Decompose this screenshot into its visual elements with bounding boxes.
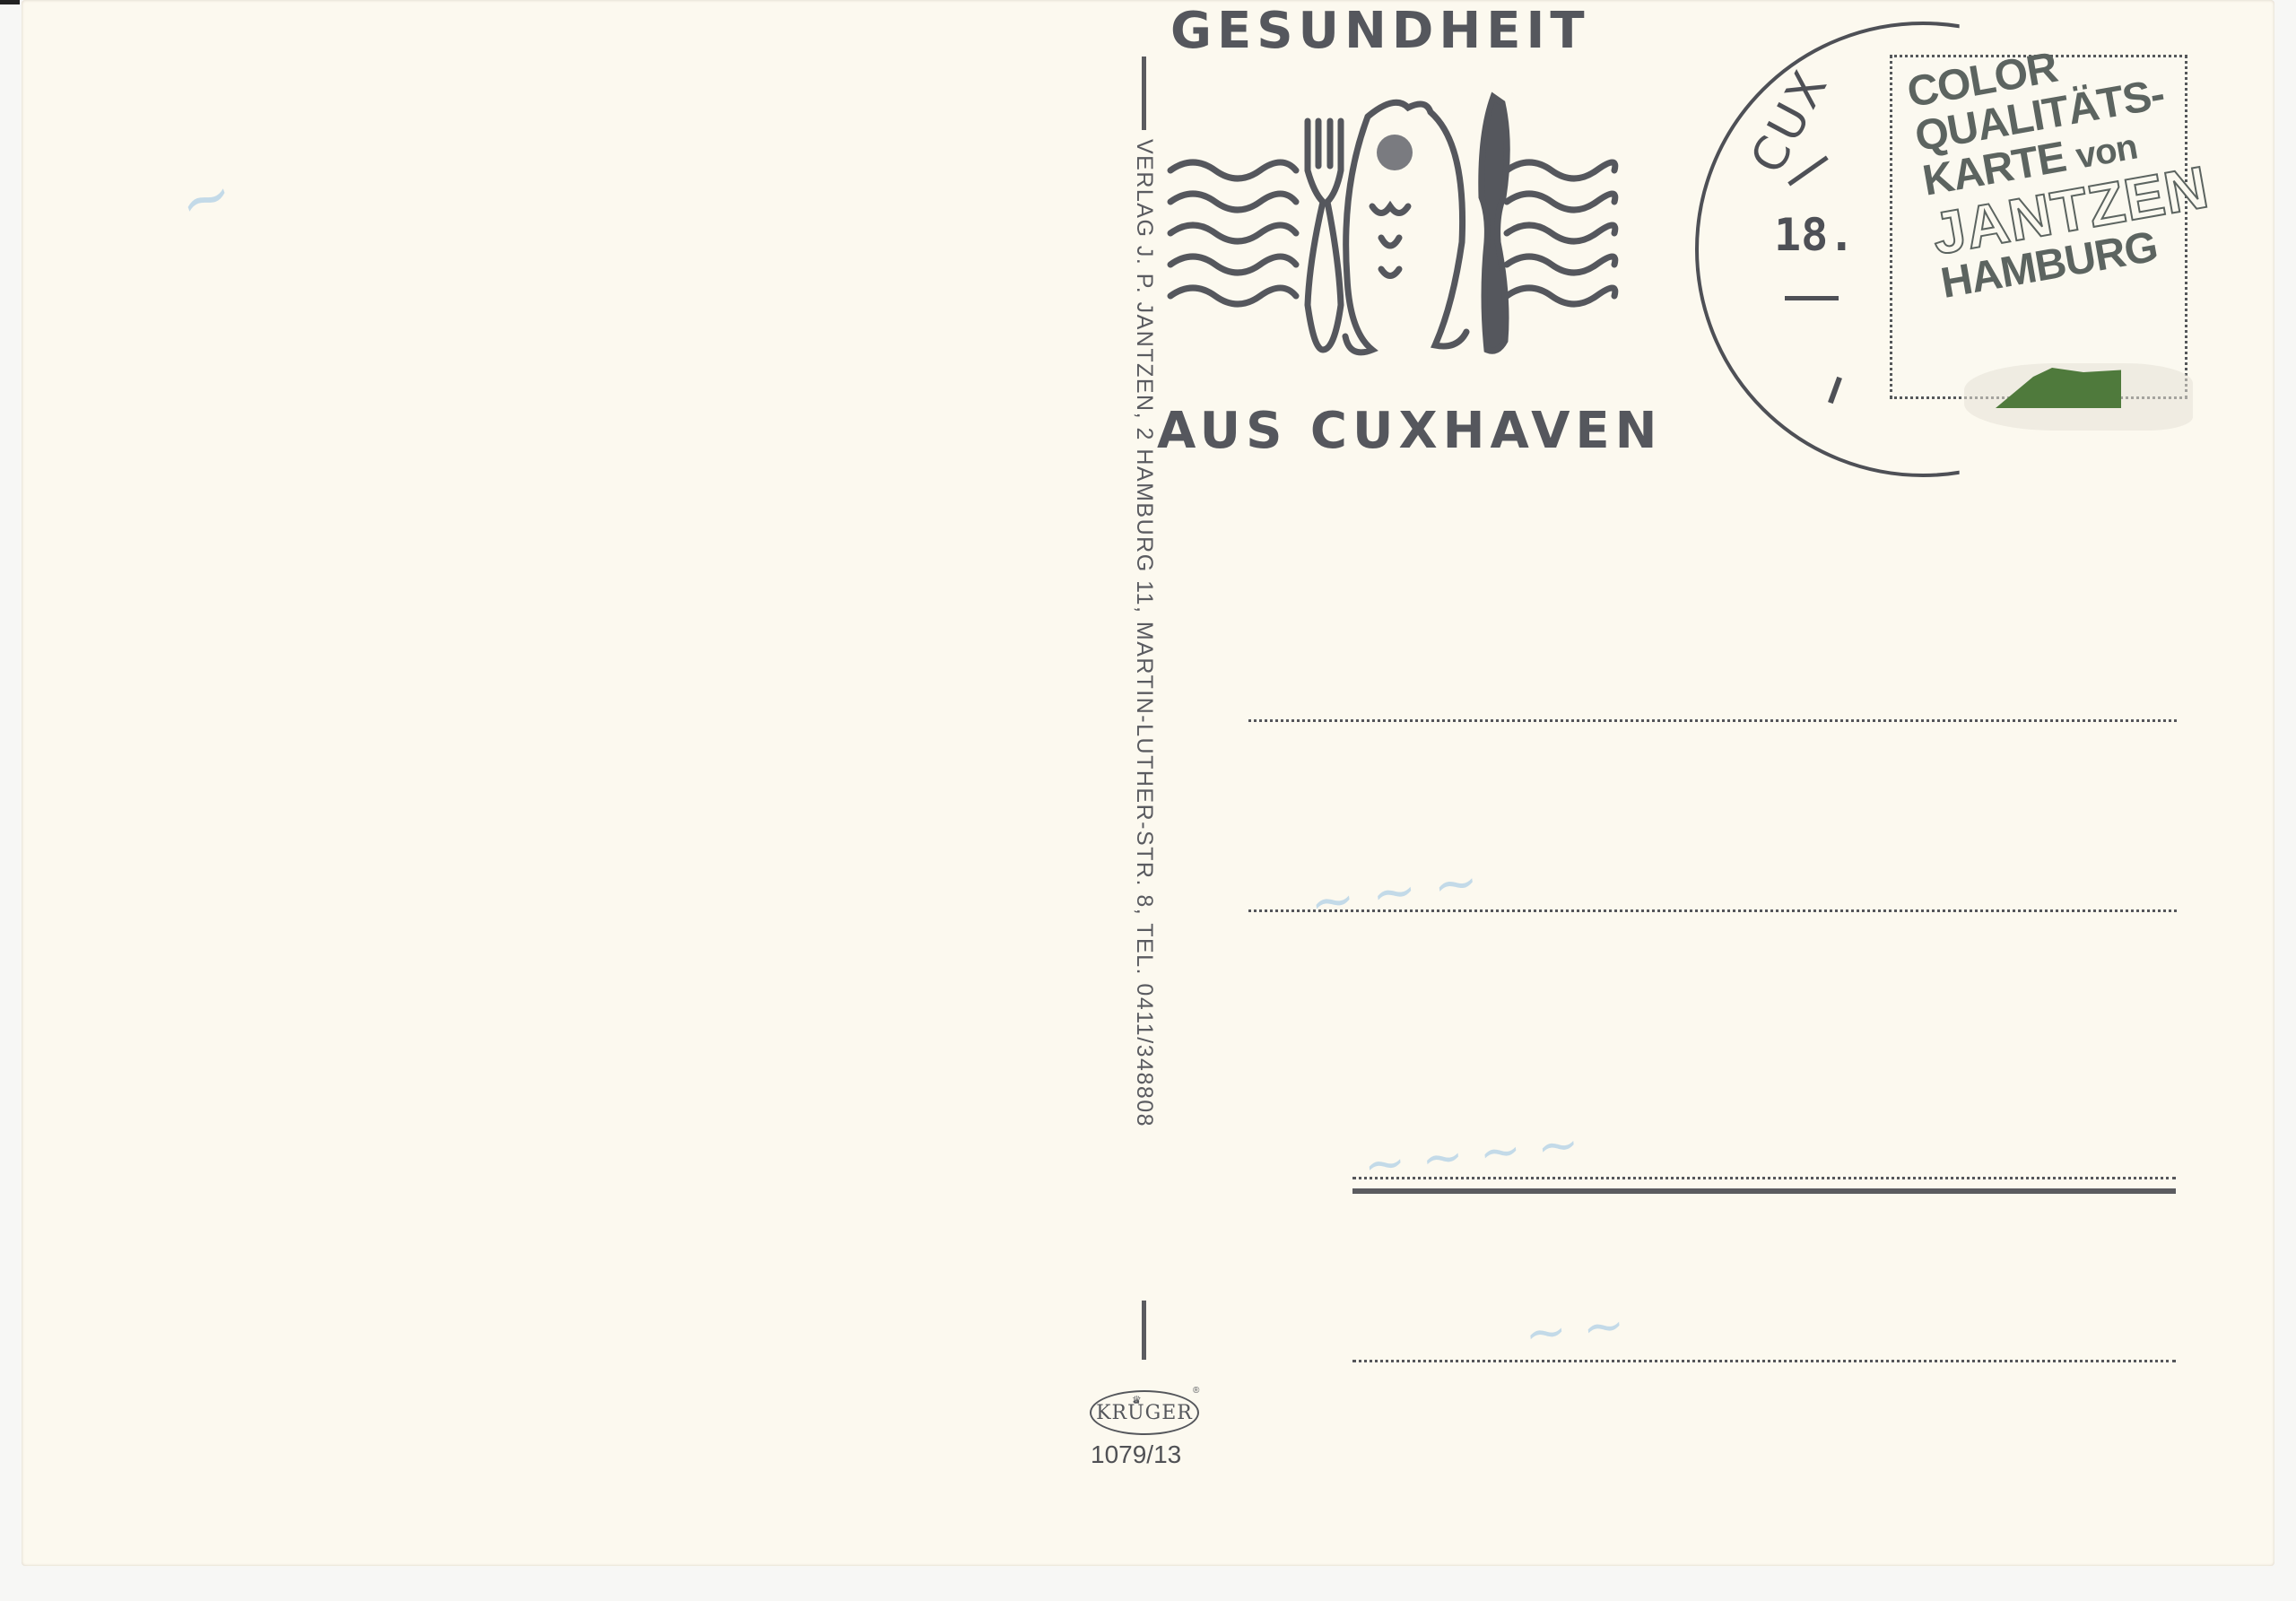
address-underline-solid [1352, 1188, 2176, 1194]
stamp-label-text: COLOR QUALITÄTS- KARTE von JANTZEN HAMBU… [1904, 25, 2211, 307]
printer-logo: KRÜGER [1090, 1390, 1199, 1435]
postmark-date: 18. [1774, 209, 1855, 261]
publisher-imprint: VERLAG J. P. JANTZEN, 2 HAMBURG 11, MART… [1132, 139, 1157, 1127]
article-number: 1079/13 [1091, 1440, 1181, 1469]
slogan-bottom-text: AUS CUXHAVEN [1157, 402, 1663, 460]
postmark-date-bar [1785, 296, 1839, 300]
address-line-3 [1352, 1177, 2176, 1179]
address-line-4 [1352, 1360, 2176, 1362]
slogan-top-text: GESUNDHEIT [1170, 2, 1590, 60]
scan-edge-shadow [0, 0, 20, 4]
fork-fish-knife-emblem-icon [1157, 81, 1623, 386]
divider-line-bottom [1142, 1301, 1146, 1360]
registered-mark: ® [1193, 1386, 1199, 1396]
handwriting-trace: ~ ~ [1522, 1295, 1628, 1363]
divider-line-top [1142, 57, 1146, 130]
address-line-2 [1248, 909, 2177, 912]
address-line-1 [1248, 719, 2177, 722]
